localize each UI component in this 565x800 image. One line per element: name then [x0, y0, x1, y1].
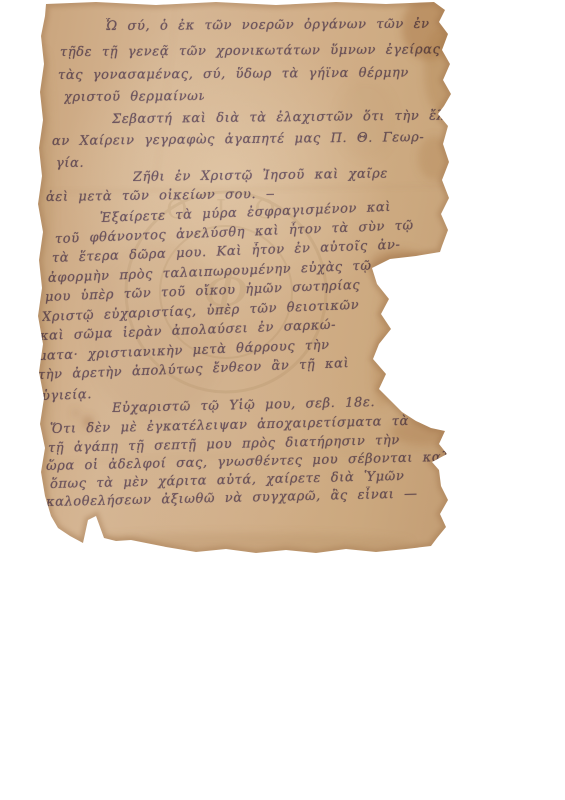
handwriting-line: Ζῆθι ἐν Χριστῷ Ἰησοῦ καὶ χαῖρε — [133, 165, 388, 186]
handwriting-line: αν Χαίρειν γεγραφὼς ἀγαπητέ μας Π. Θ. Γε… — [52, 129, 424, 150]
handwriting-line: ἀεὶ μετὰ τῶν οἰκείων σου. — — [46, 186, 274, 206]
handwriting-line: τὰς γονασαμένας, σύ, ὕδωρ τὰ γήϊνα θέρμη… — [58, 65, 409, 84]
paper-sheet: Ο Ι Ο Φ Ὦ σύ, ὁ — [36, 0, 456, 558]
handwriting-line: Ὦ σύ, ὁ ἐκ τῶν νοερῶν ὀργάνων τῶν ἐν — [105, 16, 430, 35]
handwriting-ink-layer: Ὦ σύ, ὁ ἐκ τῶν νοερῶν ὀργάνων τῶν ἐντῇδε… — [36, 0, 456, 558]
handwriting-line: Σεβαστή καὶ διὰ τὰ ἐλαχιστῶν ὅτι τὴν ἔλα… — [112, 107, 452, 128]
handwriting-line: ὑγιείᾳ. — [42, 386, 93, 405]
scan-background: Ο Ι Ο Φ Ὦ σύ, ὁ — [0, 0, 565, 800]
handwriting-line: τῇδε τῇ γενεᾷ τῶν χρονικωτάτων ὕμνων ἐγε… — [60, 41, 441, 61]
handwriting-line: χριστοῦ θερμαίνων. — [64, 88, 204, 106]
handwriting-line: γία. — [56, 155, 84, 172]
